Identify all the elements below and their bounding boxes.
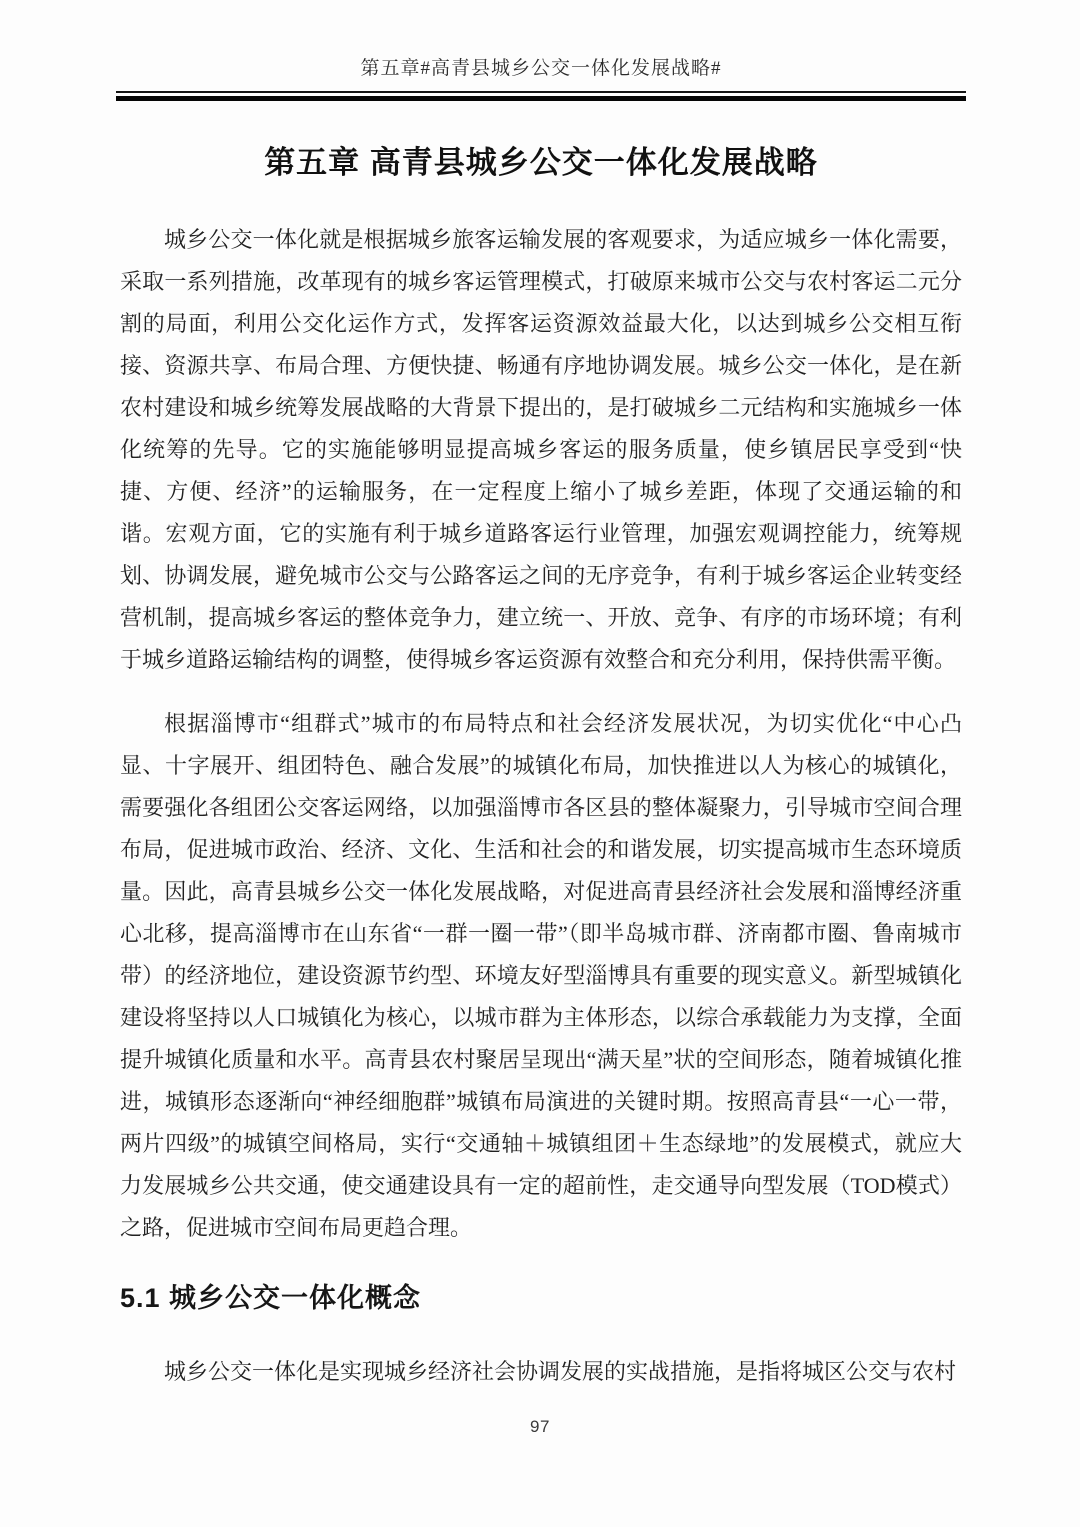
body-paragraph-2: 根据淄博市“组群式”城市的布局特点和社会经济发展状况，为切实优化“中心凸显、十字… — [120, 703, 962, 1249]
header-divider-rule — [116, 91, 966, 101]
section-heading-5-1: 5.1 城乡公交一体化概念 — [120, 1279, 962, 1317]
document-page: 第五章#高青县城乡公交一体化发展战略# 第五章 高青县城乡公交一体化发展战略 城… — [0, 0, 1080, 1527]
chapter-title: 第五章 高青县城乡公交一体化发展战略 — [120, 141, 962, 185]
section-paragraph-1: 城乡公交一体化是实现城乡经济社会协调发展的实战措施，是指将城区公交与农村 — [120, 1351, 962, 1393]
body-paragraph-1: 城乡公交一体化就是根据城乡旅客运输发展的客观要求，为适应城乡一体化需要，采取一系… — [120, 219, 962, 681]
running-header: 第五章#高青县城乡公交一体化发展战略# — [120, 56, 962, 82]
page-footer: 97 — [0, 1417, 1080, 1437]
page-number: 97 — [530, 1417, 550, 1436]
